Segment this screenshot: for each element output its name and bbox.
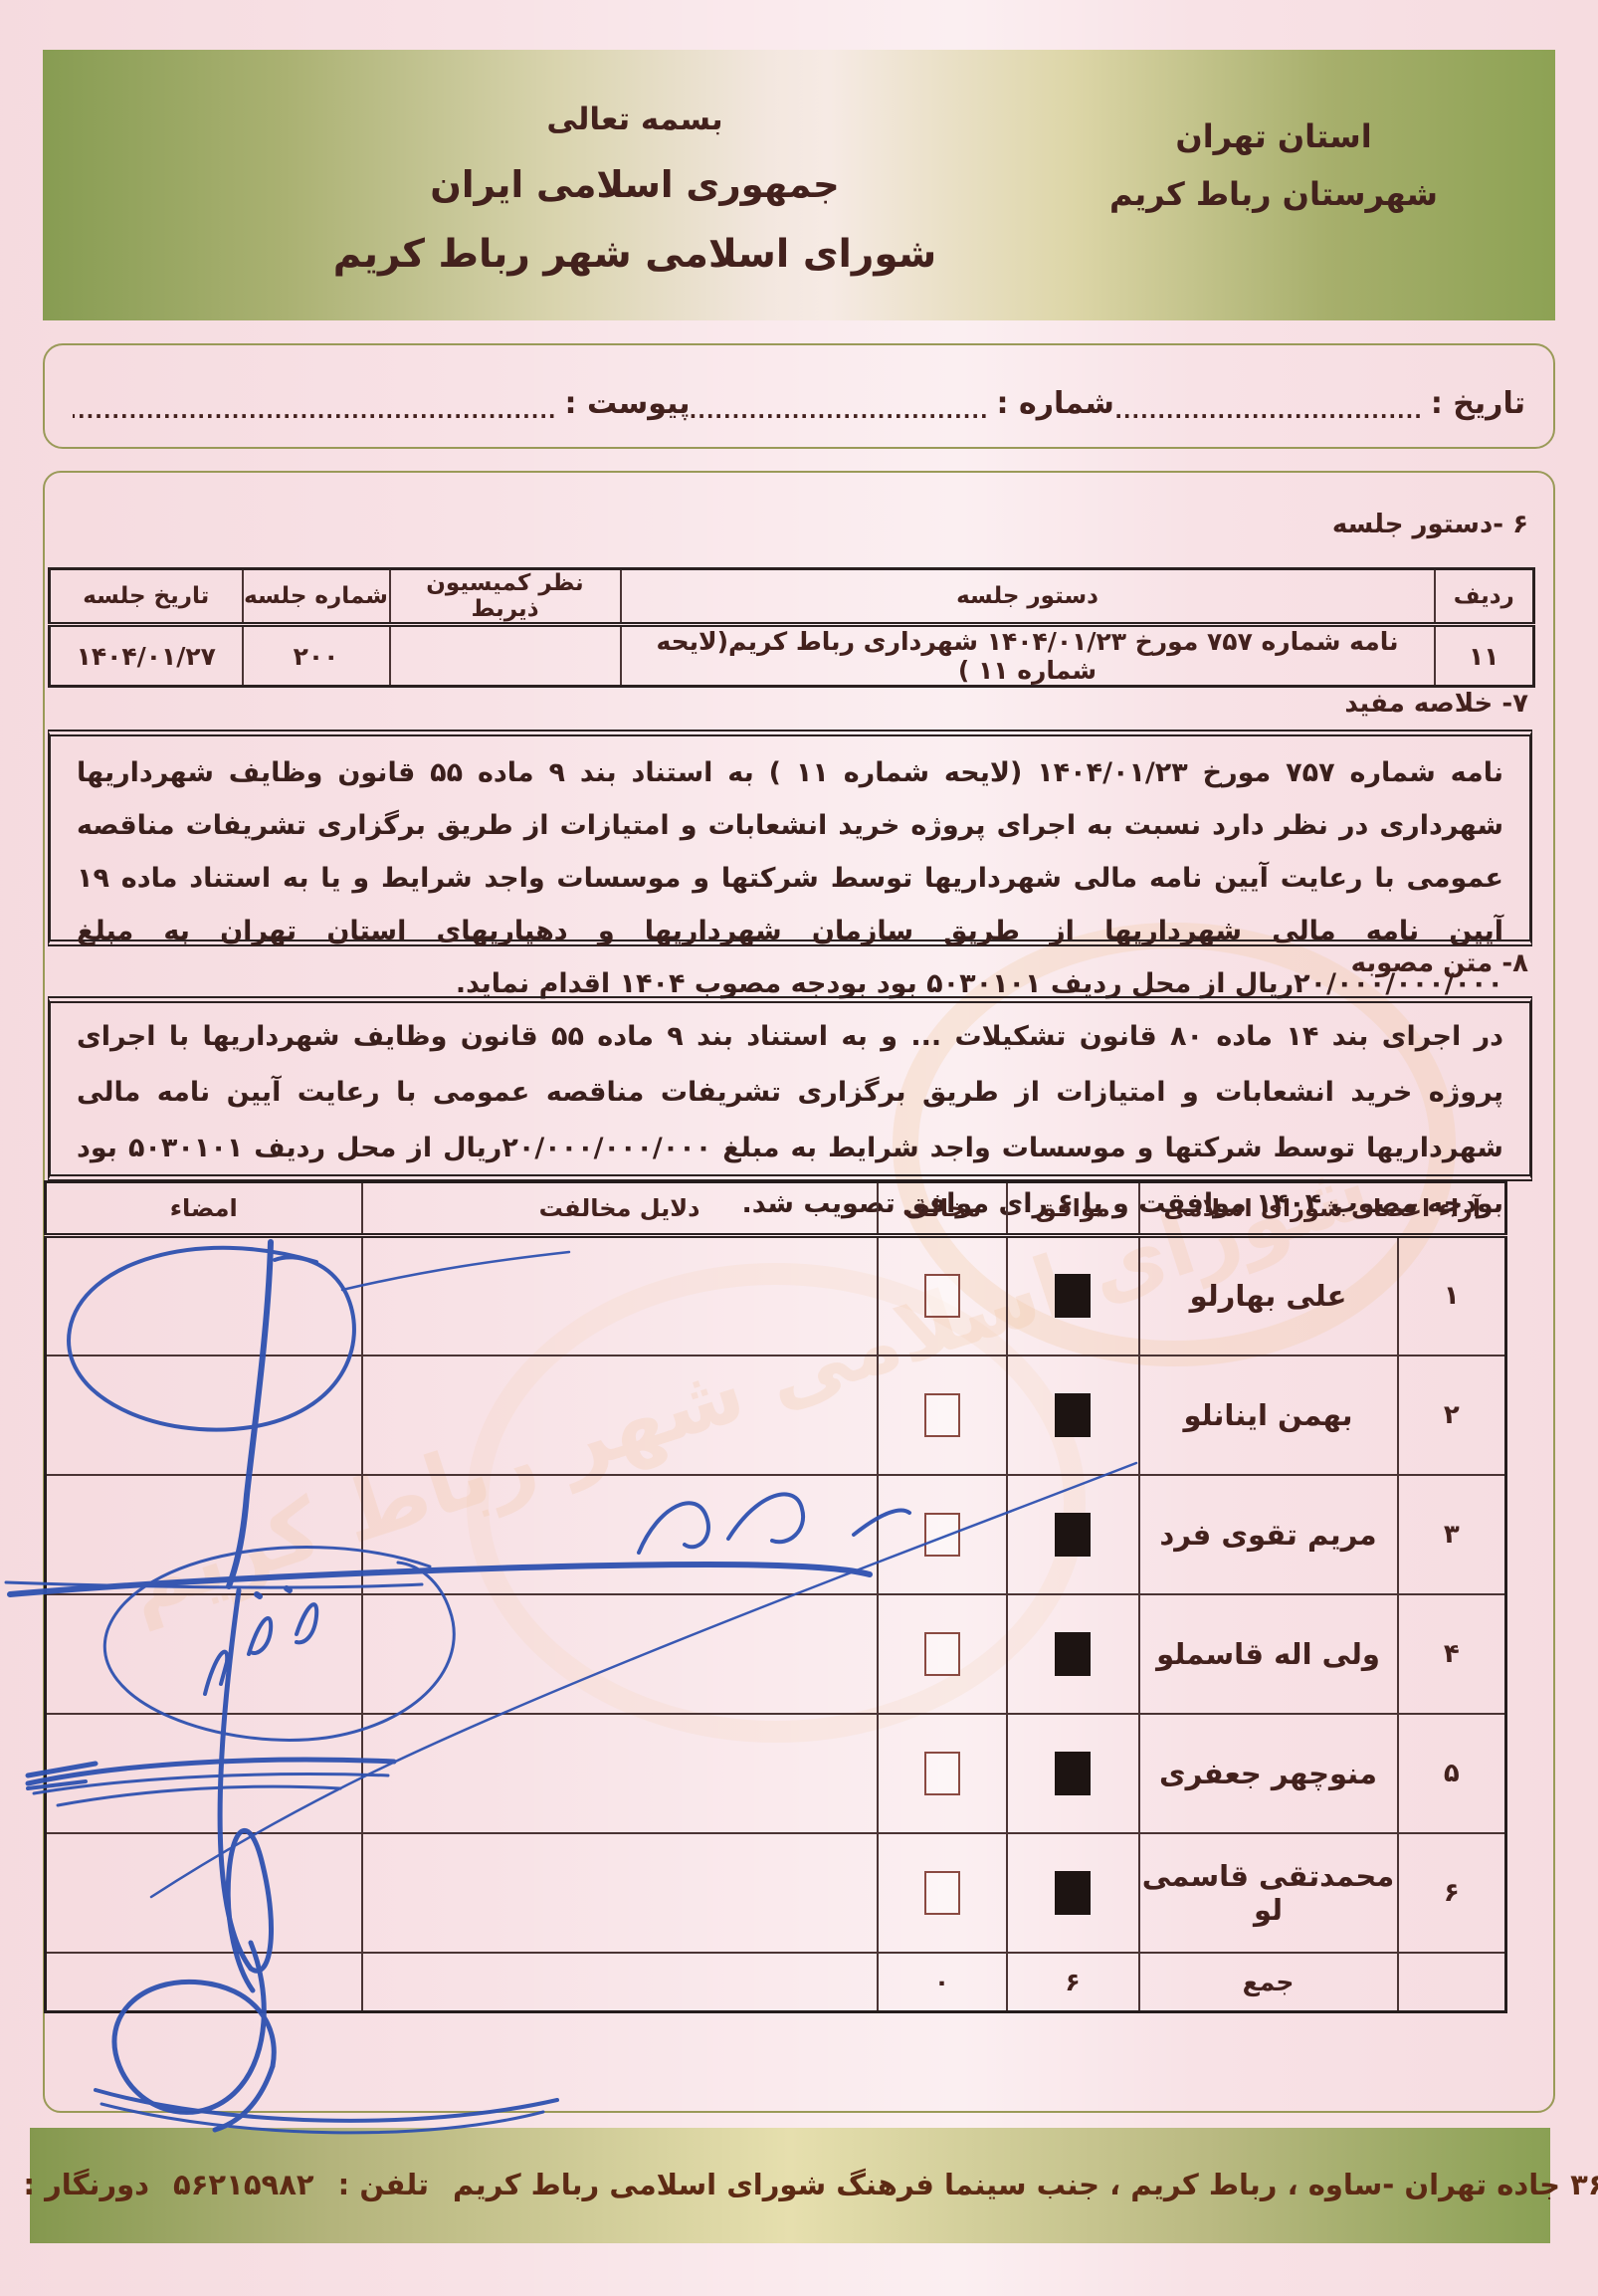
- vote-row: ۶ محمدتقی قاسمی لو: [46, 1833, 1506, 1953]
- disagree-cell: [878, 1833, 1007, 1953]
- agenda-header-session-no: شماره جلسه: [243, 569, 390, 625]
- footer-address: کیلومتر ۳۶ جاده تهران -ساوه ، رباط کریم …: [453, 2168, 1598, 2201]
- agree-cell: [1007, 1833, 1139, 1953]
- disagree-checkbox: [924, 1632, 960, 1676]
- vote-header-signature: امضاء: [46, 1182, 362, 1236]
- dissent-reason-cell: [362, 1475, 878, 1594]
- agenda-header-commission: نظر کمیسیون ذیربط: [390, 569, 621, 625]
- agree-cell: [1007, 1356, 1139, 1475]
- member-name: منوچهر جعفری: [1139, 1714, 1398, 1833]
- agree-cell: [1007, 1236, 1139, 1356]
- vote-row: ۱ علی بهارلو: [46, 1236, 1506, 1356]
- disagree-cell: [878, 1594, 1007, 1714]
- council-title: شورای اسلامی شهر رباط کریم: [43, 232, 1227, 277]
- member-name: ولی اله قاسملو: [1139, 1594, 1398, 1714]
- agenda-header-radif: ردیف: [1435, 569, 1534, 625]
- number-label: شماره :: [989, 386, 1114, 421]
- vote-row: ۲ بهمن اینانلو: [46, 1356, 1506, 1475]
- resolution-paragraph: در اجرای بند ۱۴ ماده ۸۰ قانون تشکیلات ..…: [48, 996, 1532, 1181]
- agenda-radif: ۱۱: [1435, 625, 1534, 687]
- section7-title: ۷- خلاصه مفید: [1344, 689, 1528, 719]
- total-disagree-count: ۰: [878, 1953, 1007, 2012]
- row-number: ۳: [1398, 1475, 1506, 1594]
- footer-phone-label: تلفن :: [338, 2168, 429, 2201]
- agree-checkbox: [1055, 1632, 1091, 1676]
- letterhead-region-block: استان تهران شهرستان رباط کریم: [1109, 107, 1438, 223]
- total-reasons-cell: [362, 1953, 878, 2012]
- disagree-checkbox: [924, 1274, 960, 1318]
- member-name: مریم تقوی فرد: [1139, 1475, 1398, 1594]
- disagree-checkbox: [924, 1513, 960, 1557]
- republic-title: جمهوری اسلامی ایران: [43, 163, 1227, 206]
- vote-header-agree: موافق: [1007, 1182, 1139, 1236]
- letterhead-center-block: بسمه تعالی جمهوری اسلامی ایران شورای اسل…: [43, 50, 1227, 277]
- member-name: بهمن اینانلو: [1139, 1356, 1398, 1475]
- dissent-reason-cell: [362, 1833, 878, 1953]
- section8-title: ۸- متن مصوبه: [1351, 948, 1528, 978]
- letterhead-band: بسمه تعالی جمهوری اسلامی ایران شورای اسل…: [43, 50, 1555, 320]
- total-label: جمع: [1139, 1953, 1398, 2012]
- disagree-cell: [878, 1475, 1007, 1594]
- vote-header-reasons: دلایل مخالفت: [362, 1182, 878, 1236]
- disagree-cell: [878, 1236, 1007, 1356]
- vote-header-disagree: مخالف: [878, 1182, 1007, 1236]
- agenda-commission: [390, 625, 621, 687]
- vote-row: ۴ ولی اله قاسملو: [46, 1594, 1506, 1714]
- province-text: استان تهران: [1109, 107, 1438, 165]
- vote-header-members: آراء اعضای شورای اسلامی: [1139, 1182, 1506, 1236]
- signature-cell: [46, 1714, 362, 1833]
- dissent-reason-cell: [362, 1356, 878, 1475]
- total-radif-cell: [1398, 1953, 1506, 2012]
- vote-total-row: جمع ۶ ۰: [46, 1953, 1506, 2012]
- agree-cell: [1007, 1475, 1139, 1594]
- county-text: شهرستان رباط کریم: [1109, 165, 1438, 223]
- vote-header-row: آراء اعضای شورای اسلامی موافق مخالف دلای…: [46, 1182, 1506, 1236]
- agenda-header-session-date: تاریخ جلسه: [50, 569, 243, 625]
- vote-table: آراء اعضای شورای اسلامی موافق مخالف دلای…: [44, 1180, 1507, 2013]
- agenda-session-date: ۱۴۰۴/۰۱/۲۷: [50, 625, 243, 687]
- dissent-reason-cell: [362, 1236, 878, 1356]
- agree-checkbox: [1055, 1513, 1091, 1557]
- scanned-council-resolution-page: شورای اسلامی شهر رباط کریم بسمه تعالی جم…: [0, 0, 1598, 2296]
- attachment-label: پیوست :: [557, 386, 691, 421]
- agree-checkbox: [1055, 1274, 1091, 1318]
- agenda-table: ردیف دستور جلسه نظر کمیسیون ذیربط شماره …: [48, 567, 1535, 688]
- section6-title: ۶ -دستور جلسه: [1332, 510, 1528, 539]
- total-signature-cell: [46, 1953, 362, 2012]
- row-number: ۴: [1398, 1594, 1506, 1714]
- disagree-checkbox: [924, 1752, 960, 1795]
- signature-cell: [46, 1594, 362, 1714]
- number-field-blank: ........................................…: [691, 383, 989, 423]
- agenda-header-row: ردیف دستور جلسه نظر کمیسیون ذیربط شماره …: [50, 569, 1534, 625]
- agenda-header-subject: دستور جلسه: [621, 569, 1435, 625]
- attachment-field-blank: ........................................…: [73, 383, 557, 423]
- agenda-session-no: ۲۰۰: [243, 625, 390, 687]
- disagree-checkbox: [924, 1393, 960, 1437]
- footer-phone-number: ۵۶۲۱۵۹۸۲: [173, 2168, 314, 2201]
- vote-row: ۵ منوچهر جعفری: [46, 1714, 1506, 1833]
- agree-checkbox: [1055, 1871, 1091, 1915]
- member-name: محمدتقی قاسمی لو: [1139, 1833, 1398, 1953]
- signature-cell: [46, 1833, 362, 1953]
- vote-rows: ۱ علی بهارلو ۲ بهمن اینانلو ۳ مریم تقوی …: [46, 1236, 1506, 1953]
- signature-cell: [46, 1236, 362, 1356]
- footer-fax-label: دورنگار :: [23, 2168, 149, 2201]
- dissent-reason-cell: [362, 1594, 878, 1714]
- agree-cell: [1007, 1594, 1139, 1714]
- signature-cell: [46, 1356, 362, 1475]
- agenda-data-row: ۱۱ نامه شماره ۷۵۷ مورخ ۱۴۰۴/۰۱/۲۳ شهردار…: [50, 625, 1534, 687]
- row-number: ۱: [1398, 1236, 1506, 1356]
- document-meta-bar: تاریخ : ................................…: [43, 343, 1555, 449]
- date-field-blank: ........................................…: [1114, 383, 1423, 423]
- summary-paragraph: نامه شماره ۷۵۷ مورخ ۱۴۰۴/۰۱/۲۳ (لایحه شم…: [48, 730, 1532, 946]
- agree-cell: [1007, 1714, 1139, 1833]
- bismillah-text: بسمه تعالی: [43, 102, 1227, 137]
- dissent-reason-cell: [362, 1714, 878, 1833]
- total-agree-count: ۶: [1007, 1953, 1139, 2012]
- disagree-cell: [878, 1714, 1007, 1833]
- agree-checkbox: [1055, 1752, 1091, 1795]
- agenda-subject: نامه شماره ۷۵۷ مورخ ۱۴۰۴/۰۱/۲۳ شهرداری ر…: [621, 625, 1435, 687]
- vote-row: ۳ مریم تقوی فرد: [46, 1475, 1506, 1594]
- date-label: تاریخ :: [1423, 386, 1525, 421]
- footer-address-band: کیلومتر ۳۶ جاده تهران -ساوه ، رباط کریم …: [30, 2128, 1550, 2243]
- member-name: علی بهارلو: [1139, 1236, 1398, 1356]
- agree-checkbox: [1055, 1393, 1091, 1437]
- row-number: ۶: [1398, 1833, 1506, 1953]
- disagree-cell: [878, 1356, 1007, 1475]
- row-number: ۵: [1398, 1714, 1506, 1833]
- signature-cell: [46, 1475, 362, 1594]
- disagree-checkbox: [924, 1871, 960, 1915]
- row-number: ۲: [1398, 1356, 1506, 1475]
